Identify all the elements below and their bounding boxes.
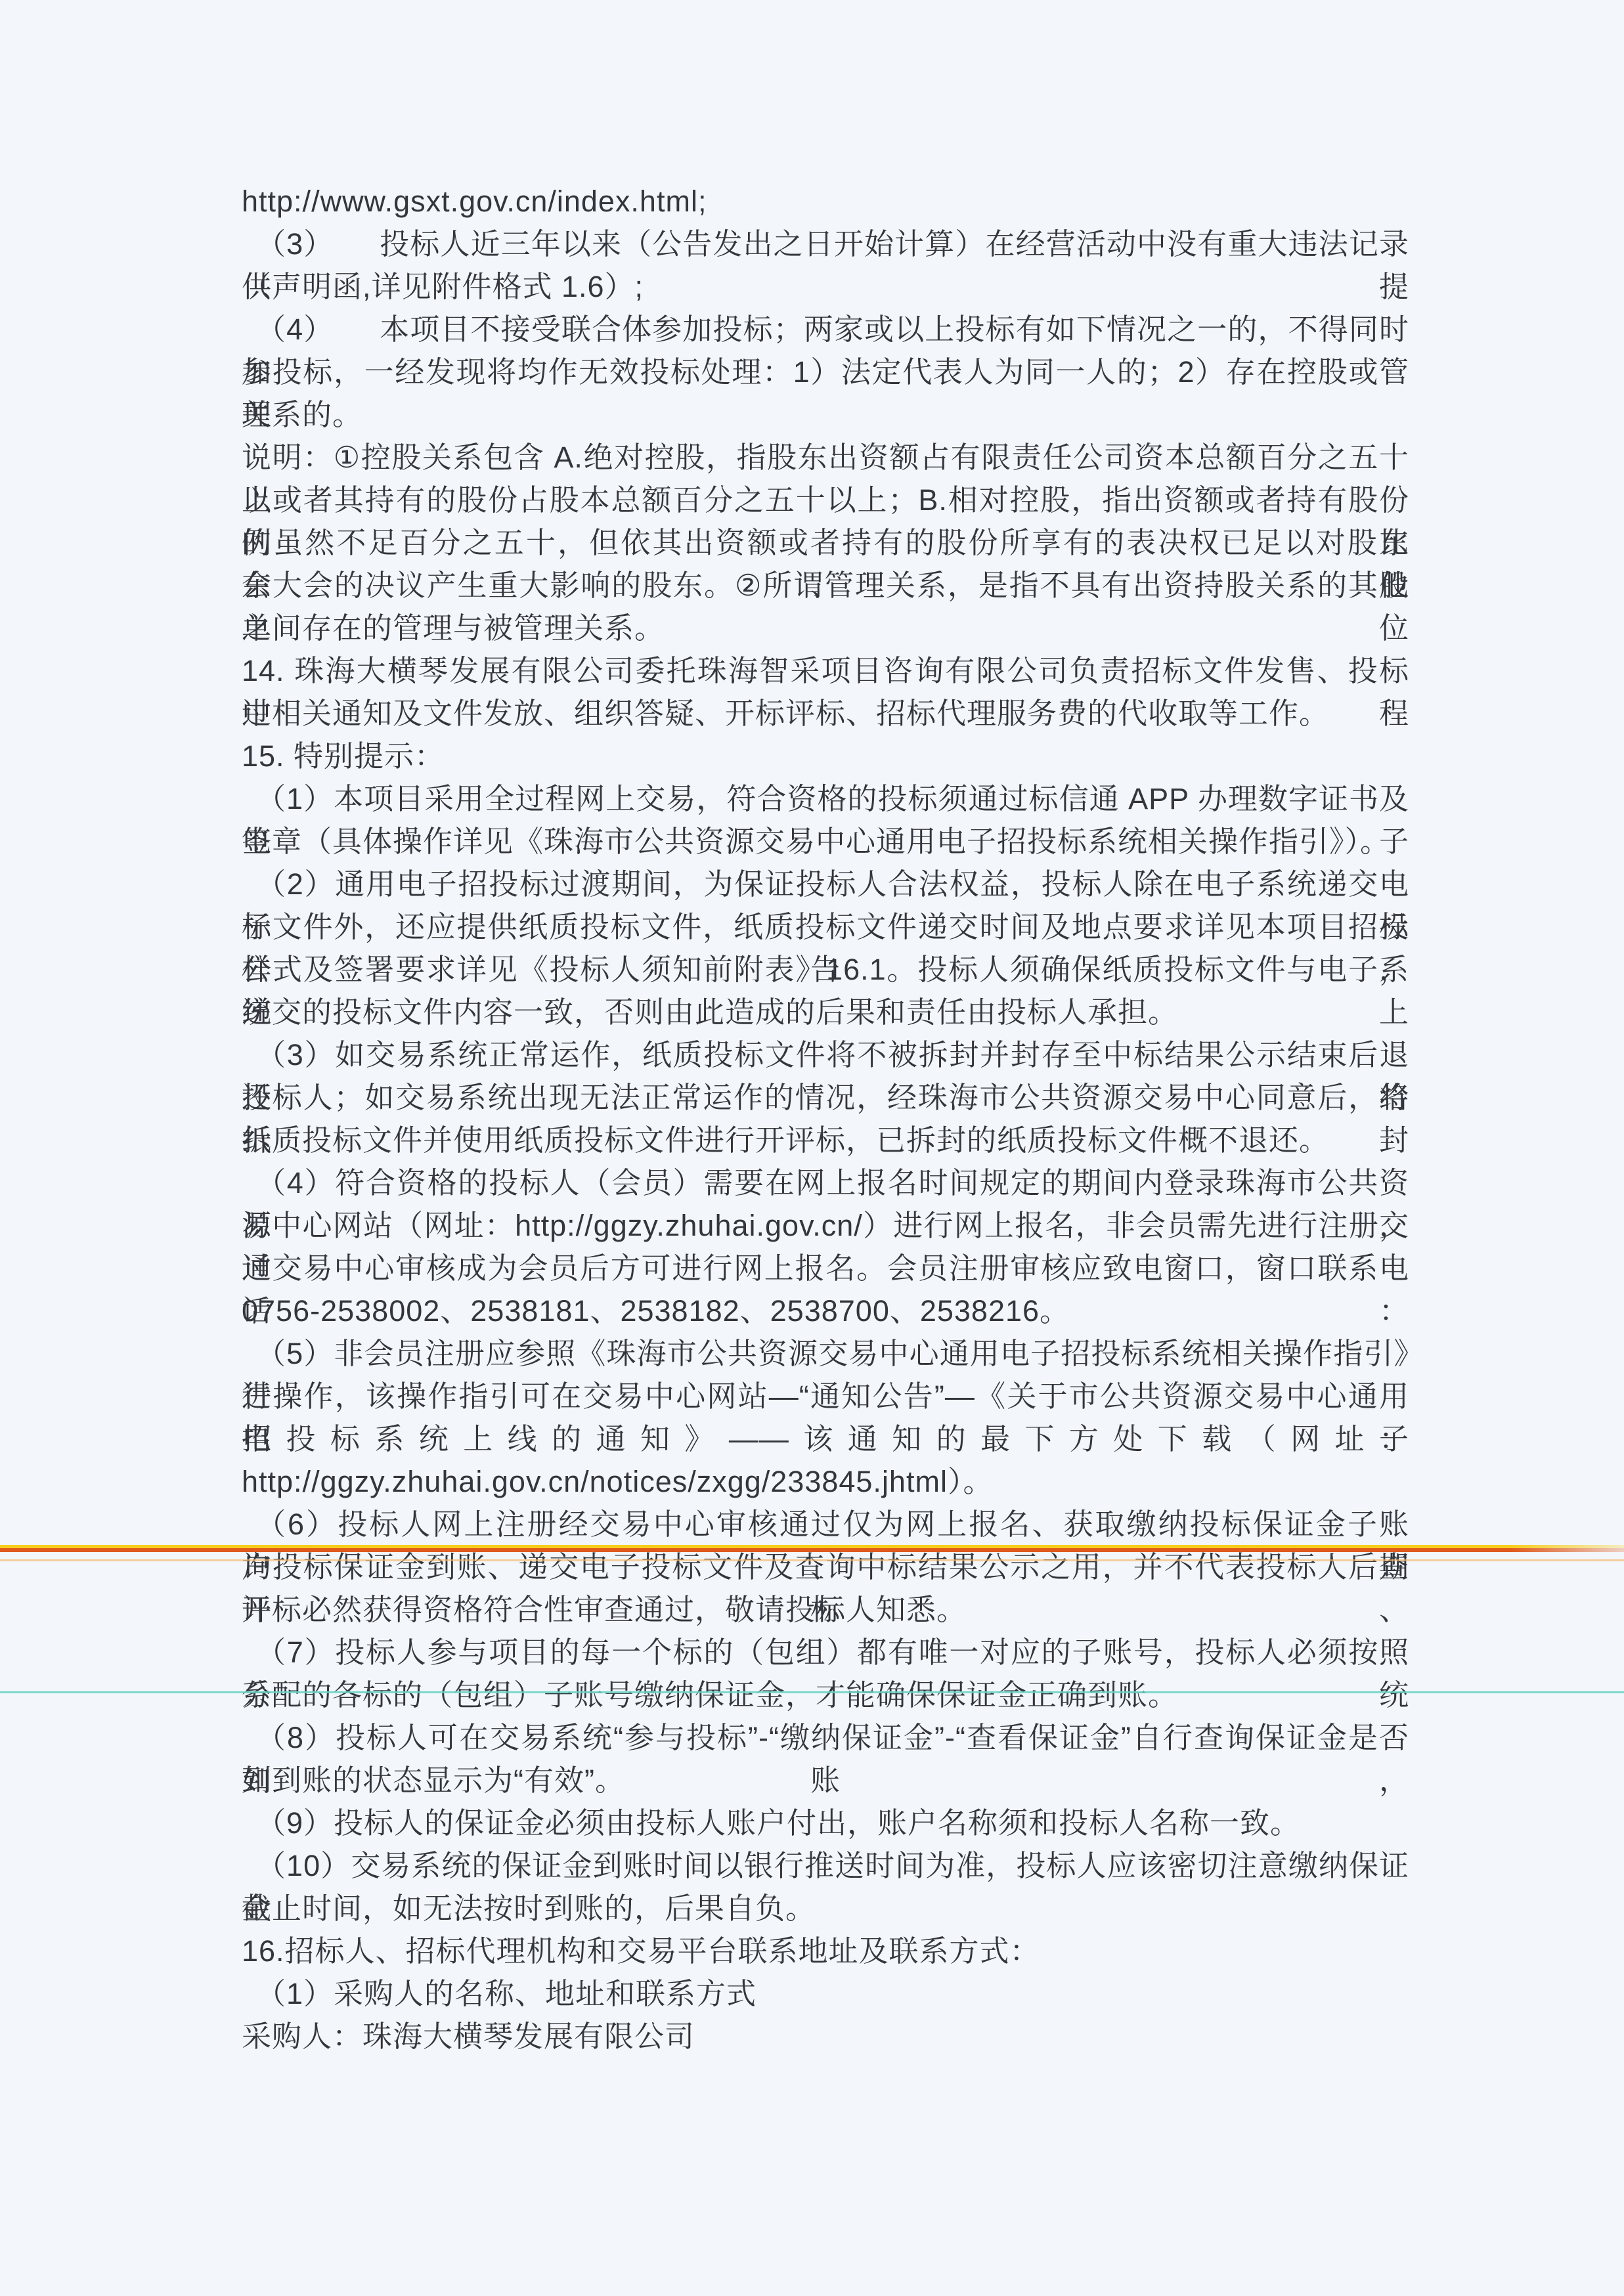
text-line: 签章（具体操作详见《珠海市公共资源交易中心通用电子招投标系统相关操作指引》）。 [242,820,1409,863]
text-line: 14. 珠海大横琴发展有限公司委托珠海智采项目咨询有限公司负责招标文件发售、投标… [242,649,1409,692]
text-line: 东大会的决议产生重大影响的股东。②所谓管理关系，是指不具有出资持股关系的其他单位 [242,564,1409,607]
text-line: 询投标保证金到账、递交电子投标文件及查询中标结果公示之用，并不代表投标人后期开标… [242,1546,1409,1588]
text-line: （7）投标人参与项目的每一个标的（包组）都有唯一对应的子账号，投标人必须按照系统 [242,1631,1409,1674]
text-line: （4） 本项目不接受联合体参加投标；两家或以上投标有如下情况之一的，不得同时参 [242,308,1409,351]
text-line: （1）本项目采用全过程网上交易，符合资格的投标须通过标信通 APP 办理数字证书… [242,777,1409,820]
text-line: （9）投标人的保证金必须由投标人账户付出，账户名称须和投标人名称一致。 [242,1802,1409,1844]
text-line: 加投标，一经发现将均作无效投标处理：1）法定代表人为同一人的；2）存在控股或管理 [242,351,1409,393]
text-line: 样式及签署要求详见《投标人须知前附表》16.1。投标人须确保纸质投标文件与电子系… [242,948,1409,991]
text-line: 易中心网站（网址：http://ggzy.zhuhai.gov.cn/）进行网上… [242,1204,1409,1247]
text-line: （4）符合资格的投标人（会员）需要在网上报名时间规定的期间内登录珠海市公共资源交 [242,1161,1409,1204]
text-line: http://www.gsxt.gov.cn/index.html; [242,180,1409,223]
document-text-block: http://www.gsxt.gov.cn/index.html;（3） 投标… [242,180,1409,2058]
text-line: http://ggzy.zhuhai.gov.cn/notices/zxgg/2… [242,1460,1409,1503]
text-line: 行操作，该操作指引可在交易中心网站—“通知公告”—《关于市公共资源交易中心通用电… [242,1375,1409,1418]
text-line: 招投标系统上线的通知》——该通知的最下方处下载（网址： [242,1418,1409,1460]
text-line: 15. 特别提示： [242,735,1409,777]
text-line: 投标人；如交易系统出现无法正常运作的情况，经珠海市公共资源交易中心同意后，将拆封 [242,1076,1409,1119]
text-line: 标文件外，还应提供纸质投标文件，纸质投标文件递交时间及地点要求详见本项目招标公告… [242,905,1409,948]
text-line: （3）如交易系统正常运作，纸质投标文件将不被拆封并封存至中标结果公示结束后退还给 [242,1033,1409,1076]
text-line: 说明：①控股关系包含 A.绝对控股，指股东出资额占有限责任公司资本总额百分之五十… [242,436,1409,479]
text-line: （6）投标人网上注册经交易中心审核通过仅为网上报名、获取缴纳投标保证金子账户、查 [242,1503,1409,1546]
text-line: 过交易中心审核成为会员后方可进行网上报名。会员注册审核应致电窗口，窗口联系电话： [242,1247,1409,1289]
text-line: （8）投标人可在交易系统“参与投标”-“缴纳保证金”-“查看保证金”自行查询保证… [242,1716,1409,1759]
scanned-document-page: http://www.gsxt.gov.cn/index.html;（3） 投标… [0,0,1624,2296]
text-line: 中相关通知及文件发放、组织答疑、开标评标、招标代理服务费的代收取等工作。 [242,692,1409,735]
text-line: 截止时间，如无法按时到账的，后果自负。 [242,1887,1409,1930]
text-line: 采购人：珠海大横琴发展有限公司 [242,2015,1409,2058]
text-line: 16.招标人、招标代理机构和交易平台联系地址及联系方式： [242,1930,1409,1972]
text-line: 纸质投标文件并使用纸质投标文件进行开评标，已拆封的纸质投标文件概不退还。 [242,1119,1409,1161]
text-line: （10）交易系统的保证金到账时间以银行推送时间为准，投标人应该密切注意缴纳保证金 [242,1844,1409,1887]
text-line: 上或者其持有的股份占股本总额百分之五十以上；B.相对控股，指出资额或者持有股份的… [242,479,1409,521]
text-line: （2）通用电子招投标过渡期间，为保证投标人合法权益，投标人除在电子系统递交电子投 [242,863,1409,905]
text-line: 关系的。 [242,393,1409,436]
text-line: （3） 投标人近三年以来（公告发出之日开始计算）在经营活动中没有重大违法记录（提 [242,223,1409,265]
text-line: （1）采购人的名称、地址和联系方式 [242,1972,1409,2015]
text-line: 例虽然不足百分之五十，但依其出资额或者持有的股份所享有的表决权已足以对股东会、股 [242,521,1409,564]
text-line: （5）非会员注册应参照《珠海市公共资源交易中心通用电子招投标系统相关操作指引》进 [242,1332,1409,1375]
